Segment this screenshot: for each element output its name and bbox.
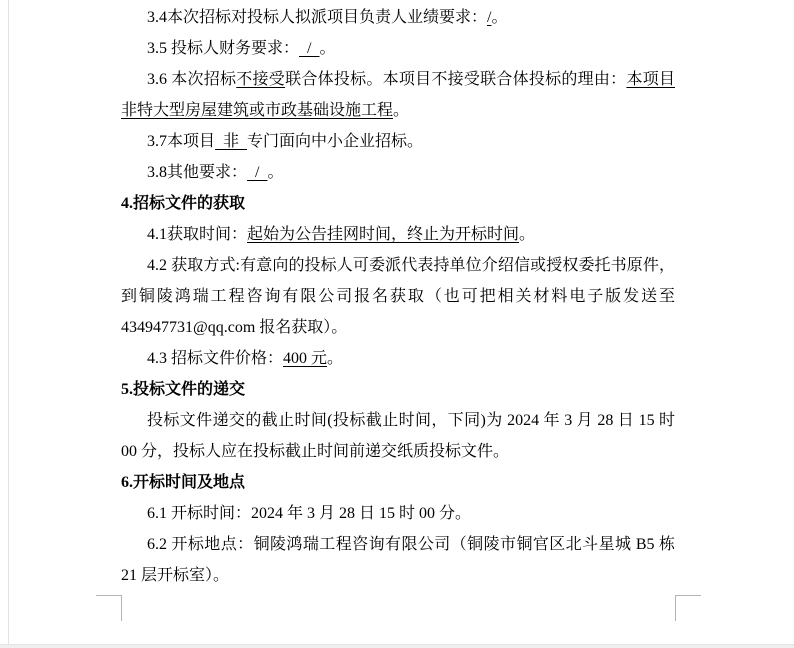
text-run: 。 xyxy=(491,9,507,26)
underlined-text-run: 不接受 xyxy=(236,71,285,88)
text-run: 。 xyxy=(519,226,535,243)
text-run: 。 xyxy=(393,102,409,119)
paragraph: 3.6 本次招标不接受联合体投标。本项目不接受联合体投标的理由：本项目非特大型房… xyxy=(121,64,675,126)
paragraph: 3.8其他要求： / 。 xyxy=(121,157,675,188)
underlined-text-run: / xyxy=(247,164,267,181)
text-run: 4.2 获取方式:有意向的投标人可委派代表持单位介绍信或授权委托书原件，到铜陵鸿… xyxy=(121,257,675,336)
paragraph: 4.3 招标文件价格：400 元。 xyxy=(121,343,675,374)
section-heading: 4.招标文件的获取 xyxy=(121,188,675,219)
text-run: 专门面向中小企业招标。 xyxy=(247,133,423,150)
text-run: 6.2 开标地点：铜陵鸿瑞工程咨询有限公司（铜陵市铜官区北斗星城 B5 栋 21… xyxy=(121,536,675,584)
text-run: 3.7本项目 xyxy=(147,133,215,150)
document-body: 3.4本次招标对投标人拟派项目负责人业绩要求：/。3.5 投标人财务要求： / … xyxy=(121,2,675,591)
text-run: 3.5 投标人财务要求： xyxy=(147,40,299,57)
paragraph: 6.1 开标时间：2024 年 3 月 28 日 15 时 00 分。 xyxy=(121,498,675,529)
text-run: 联合体投标。本项目不接受联合体投标的理由： xyxy=(285,71,626,88)
page-left-edge-line xyxy=(8,0,9,648)
text-run: 4.3 招标文件价格： xyxy=(147,350,283,367)
text-run: 4.1获取时间： xyxy=(147,226,247,243)
underlined-text-run: 起始为公告挂网时间，终止为开标时间 xyxy=(247,226,519,243)
section-heading: 6.开标时间及地点 xyxy=(121,467,675,498)
underlined-text-run: / xyxy=(299,40,319,57)
document-page: 3.4本次招标对投标人拟派项目负责人业绩要求：/。3.5 投标人财务要求： / … xyxy=(0,0,794,648)
paragraph: 3.7本项目 非 专门面向中小企业招标。 xyxy=(121,126,675,157)
page-bottom-edge-line xyxy=(0,644,794,648)
paragraph: 4.1获取时间：起始为公告挂网时间，终止为开标时间。 xyxy=(121,219,675,250)
paragraph: 3.4本次招标对投标人拟派项目负责人业绩要求：/。 xyxy=(121,2,675,33)
text-boundary-mark-right xyxy=(675,595,701,621)
text-run: 。 xyxy=(319,40,335,57)
text-run: 5.投标文件的递交 xyxy=(121,381,245,398)
text-run: 3.8其他要求： xyxy=(147,164,247,181)
section-heading: 5.投标文件的递交 xyxy=(121,374,675,405)
text-run: 6.1 开标时间：2024 年 3 月 28 日 15 时 00 分。 xyxy=(147,505,471,522)
paragraph: 3.5 投标人财务要求： / 。 xyxy=(121,33,675,64)
text-run: 。 xyxy=(327,350,343,367)
underlined-text-run: 400 元 xyxy=(283,350,327,367)
paragraph: 6.2 开标地点：铜陵鸿瑞工程咨询有限公司（铜陵市铜官区北斗星城 B5 栋 21… xyxy=(121,529,675,591)
text-boundary-mark-left xyxy=(96,595,122,621)
text-run: 。 xyxy=(267,164,283,181)
underlined-text-run: 非 xyxy=(215,133,247,150)
paragraph: 投标文件递交的截止时间(投标截止时间，下同)为 2024 年 3 月 28 日 … xyxy=(121,405,675,467)
text-run: 4.招标文件的获取 xyxy=(121,195,245,212)
text-run: 投标文件递交的截止时间(投标截止时间，下同)为 2024 年 3 月 28 日 … xyxy=(121,412,675,460)
text-run: 3.6 本次招标 xyxy=(147,71,236,88)
text-run: 3.4本次招标对投标人拟派项目负责人业绩要求： xyxy=(147,9,487,26)
paragraph: 4.2 获取方式:有意向的投标人可委派代表持单位介绍信或授权委托书原件，到铜陵鸿… xyxy=(121,250,675,343)
text-run: 6.开标时间及地点 xyxy=(121,474,245,491)
